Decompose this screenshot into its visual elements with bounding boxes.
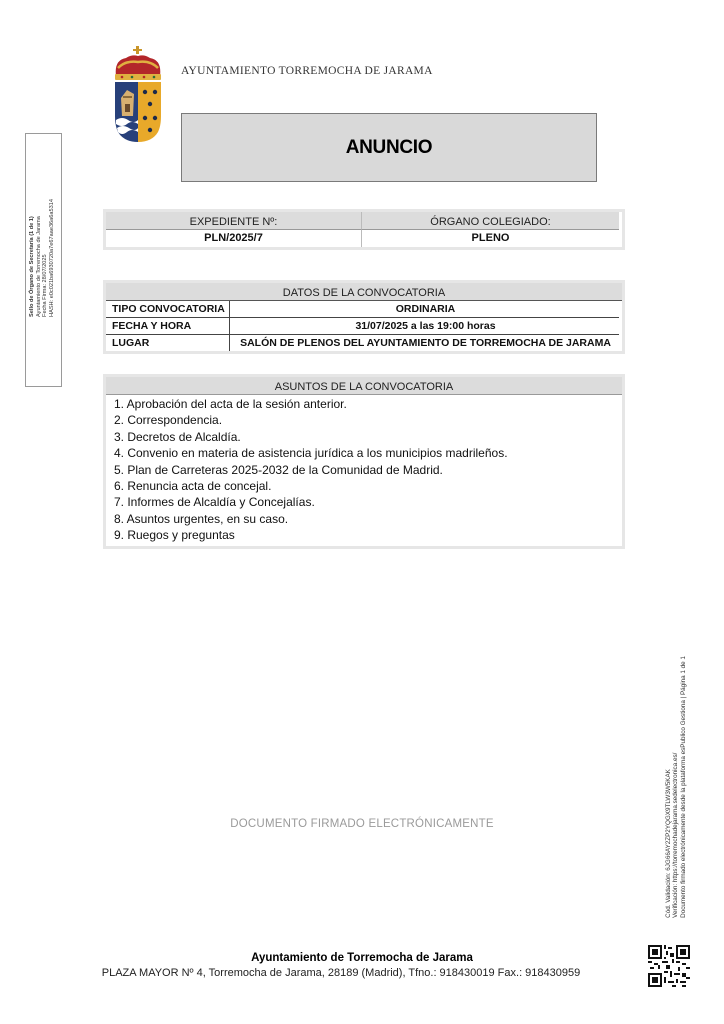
secretary-seal-text: Sello de Órgano de Secretaría (1 de 1) A… bbox=[29, 199, 55, 317]
datos-row-value: ORDINARIA bbox=[229, 301, 619, 318]
asunto-item: 5. Plan de Carreteras 2025-2032 de la Co… bbox=[114, 462, 622, 478]
footer-title: Ayuntamiento de Torremocha de Jarama bbox=[0, 952, 724, 964]
platform-note: Documento firmado electrónicamente desde… bbox=[680, 656, 687, 918]
datos-convocatoria-table: DATOS DE LA CONVOCATORIA TIPO CONVOCATOR… bbox=[103, 280, 625, 354]
validation-text: Cód. Validación: 6JG66AY2ZP2YQGX9TLW3W5K… bbox=[665, 656, 687, 918]
asuntos-table: ASUNTOS DE LA CONVOCATORIA 1. Aprobación… bbox=[103, 374, 625, 549]
seal-line-date: Fecha Firma: 28/07/2025 bbox=[42, 199, 49, 317]
asuntos-list: 1. Aprobación del acta de la sesión ante… bbox=[106, 394, 622, 546]
seal-line-org: Ayuntamiento de Torremocha de Jarama bbox=[35, 199, 42, 317]
organo-value: PLENO bbox=[361, 229, 619, 247]
asunto-item: 1. Aprobación del acta de la sesión ante… bbox=[114, 396, 622, 412]
seal-line-hash: HASH: e0c021ba6930720a7e67aae36a6a5314 bbox=[49, 199, 56, 317]
asunto-item: 8. Asuntos urgentes, en su caso. bbox=[114, 511, 622, 527]
organo-label: ÓRGANO COLEGIADO: bbox=[361, 212, 619, 229]
seal-line-title: Sello de Órgano de Secretaría (1 de 1) bbox=[29, 199, 36, 317]
qr-code-icon[interactable] bbox=[648, 945, 690, 987]
datos-row-value: SALÓN DE PLENOS DEL AYUNTAMIENTO DE TORR… bbox=[229, 335, 619, 351]
datos-heading: DATOS DE LA CONVOCATORIA bbox=[106, 283, 622, 300]
coat-of-arms-icon bbox=[110, 46, 166, 142]
asunto-item: 6. Renuncia acta de concejal. bbox=[114, 478, 622, 494]
asunto-item: 2. Correspondencia. bbox=[114, 412, 622, 428]
verification-url[interactable]: Verificación: https://torremochadejarama… bbox=[672, 656, 679, 918]
asunto-item: 7. Informes de Alcaldía y Concejalías. bbox=[114, 494, 622, 510]
expediente-table: EXPEDIENTE Nº: ÓRGANO COLEGIADO: PLN/202… bbox=[103, 209, 625, 250]
electronically-signed-note: DOCUMENTO FIRMADO ELECTRÓNICAMENTE bbox=[0, 818, 724, 830]
datos-row-label: TIPO CONVOCATORIA bbox=[106, 301, 229, 318]
asunto-item: 3. Decretos de Alcaldía. bbox=[114, 429, 622, 445]
asunto-item: 4. Convenio en materia de asistencia jur… bbox=[114, 445, 622, 461]
document-title: ANUNCIO bbox=[346, 137, 433, 159]
validation-code: Cód. Validación: 6JG66AY2ZP2YQGX9TLW3W5K… bbox=[665, 656, 672, 918]
datos-row-label: LUGAR bbox=[106, 335, 229, 351]
asuntos-heading: ASUNTOS DE LA CONVOCATORIA bbox=[106, 377, 622, 394]
asunto-item: 9. Ruegos y preguntas bbox=[114, 527, 622, 543]
datos-row-label: FECHA Y HORA bbox=[106, 318, 229, 335]
organization-name: AYUNTAMIENTO TORREMOCHA DE JARAMA bbox=[181, 65, 433, 77]
datos-row-value: 31/07/2025 a las 19:00 horas bbox=[229, 318, 619, 335]
document-title-box: ANUNCIO bbox=[181, 113, 597, 182]
expediente-value: PLN/2025/7 bbox=[106, 229, 361, 247]
expediente-label: EXPEDIENTE Nº: bbox=[106, 212, 361, 229]
footer-address: PLAZA MAYOR Nº 4, Torremocha de Jarama, … bbox=[0, 967, 682, 979]
